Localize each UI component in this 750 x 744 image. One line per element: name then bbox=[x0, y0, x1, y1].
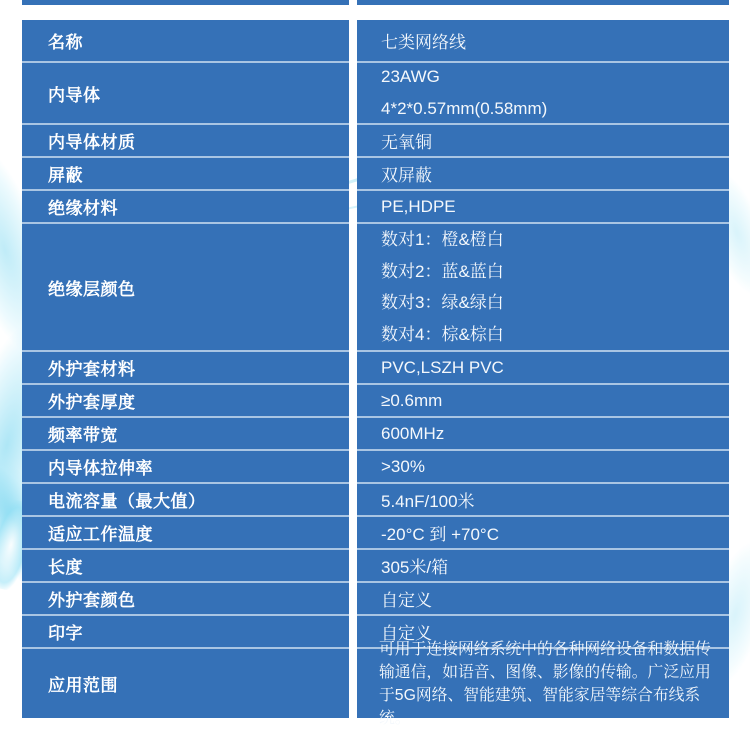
table-row: 频率带宽 600MHz bbox=[22, 418, 729, 451]
previous-row-fragment-right bbox=[357, 0, 729, 5]
spec-label: 外护套厚度 bbox=[48, 388, 349, 413]
spec-value: PVC,LSZH PVC bbox=[381, 358, 721, 378]
spec-value: ≥0.6mm bbox=[381, 391, 721, 411]
spec-label: 电流容量（最大值） bbox=[48, 487, 349, 512]
table-row: 绝缘材料 PE,HDPE bbox=[22, 191, 729, 224]
spec-value: 数对2：蓝&蓝白 bbox=[381, 256, 721, 288]
spec-value-cell: 5.4nF/100米 bbox=[357, 484, 729, 517]
table-row: 长度 305米/箱 bbox=[22, 550, 729, 583]
spec-value: 5.4nF/100米 bbox=[381, 487, 721, 512]
table-row: 名称 七类网络线 bbox=[22, 20, 729, 63]
spec-value: PE,HDPE bbox=[381, 197, 721, 217]
spec-label: 频率带宽 bbox=[48, 421, 349, 446]
spec-value: 600MHz bbox=[381, 424, 721, 444]
product-spec-page: 名称 七类网络线 内导体 23AWG 4*2*0.57mm(0.58mm) 内导… bbox=[0, 0, 750, 744]
table-row: 外护套颜色 自定义 bbox=[22, 583, 729, 616]
spec-value: 数对4：棕&棕白 bbox=[381, 319, 721, 351]
spec-value: 七类网络线 bbox=[381, 28, 721, 53]
table-row: 绝缘层颜色 数对1：橙&橙白 数对2：蓝&蓝白 数对3：绿&绿白 数对4：棕&棕… bbox=[22, 224, 729, 352]
spec-label-cell: 绝缘材料 bbox=[22, 191, 349, 224]
spec-label: 外护套材料 bbox=[48, 355, 349, 380]
spec-value: 4*2*0.57mm(0.58mm) bbox=[381, 93, 721, 125]
spec-label: 内导体 bbox=[48, 81, 349, 106]
spec-label-cell: 绝缘层颜色 bbox=[22, 224, 349, 352]
spec-value-cell: 600MHz bbox=[357, 418, 729, 451]
spec-label-cell: 外护套厚度 bbox=[22, 385, 349, 418]
spec-label-cell: 频率带宽 bbox=[22, 418, 349, 451]
spec-label-cell: 电流容量（最大值） bbox=[22, 484, 349, 517]
spec-value-cell: 可用于连接网络系统中的各种网络设备和数据传输通信，如语音、图像、影像的传输。广泛… bbox=[357, 649, 729, 718]
table-row: 内导体 23AWG 4*2*0.57mm(0.58mm) bbox=[22, 63, 729, 125]
spec-value: -20°C 到 +70°C bbox=[381, 520, 721, 545]
previous-row-fragment-left bbox=[22, 0, 349, 5]
spec-value-cell: 七类网络线 bbox=[357, 20, 729, 63]
spec-value: 数对1：橙&橙白 bbox=[381, 224, 721, 256]
spec-label-cell: 内导体材质 bbox=[22, 125, 349, 158]
spec-label: 外护套颜色 bbox=[48, 586, 349, 611]
table-row: 内导体拉伸率 >30% bbox=[22, 451, 729, 484]
spec-label-cell: 内导体 bbox=[22, 63, 349, 125]
spec-value: 可用于连接网络系统中的各种网络设备和数据传输通信，如语音、图像、影像的传输。广泛… bbox=[379, 638, 725, 730]
spec-value-cell: PE,HDPE bbox=[357, 191, 729, 224]
spec-value: 双屏蔽 bbox=[381, 161, 721, 186]
spec-label: 屏蔽 bbox=[48, 161, 349, 186]
spec-value-cell: 305米/箱 bbox=[357, 550, 729, 583]
spec-label-cell: 内导体拉伸率 bbox=[22, 451, 349, 484]
spec-value-cell: 数对1：橙&橙白 数对2：蓝&蓝白 数对3：绿&绿白 数对4：棕&棕白 bbox=[357, 224, 729, 352]
spec-label: 适应工作温度 bbox=[48, 520, 349, 545]
table-row: 屏蔽 双屏蔽 bbox=[22, 158, 729, 191]
spec-label-cell: 屏蔽 bbox=[22, 158, 349, 191]
table-row: 外护套材料 PVC,LSZH PVC bbox=[22, 352, 729, 385]
spec-value-cell: -20°C 到 +70°C bbox=[357, 517, 729, 550]
table-row: 应用范围 可用于连接网络系统中的各种网络设备和数据传输通信，如语音、图像、影像的… bbox=[22, 649, 729, 718]
spec-label: 绝缘材料 bbox=[48, 194, 349, 219]
previous-row-fragment bbox=[22, 0, 729, 5]
spec-value-cell: PVC,LSZH PVC bbox=[357, 352, 729, 385]
spec-value-cell: 自定义 bbox=[357, 583, 729, 616]
spec-label-cell: 名称 bbox=[22, 20, 349, 63]
table-row: 外护套厚度 ≥0.6mm bbox=[22, 385, 729, 418]
spec-value-cell: >30% bbox=[357, 451, 729, 484]
spec-value: 305米/箱 bbox=[381, 553, 721, 578]
spec-value-cell: 双屏蔽 bbox=[357, 158, 729, 191]
spec-label-cell: 外护套颜色 bbox=[22, 583, 349, 616]
spec-value-cell: ≥0.6mm bbox=[357, 385, 729, 418]
spec-label: 印字 bbox=[48, 619, 349, 644]
spec-value-cell: 23AWG 4*2*0.57mm(0.58mm) bbox=[357, 63, 729, 125]
spec-value: >30% bbox=[381, 457, 721, 477]
spec-label: 内导体拉伸率 bbox=[48, 454, 349, 479]
spec-label: 内导体材质 bbox=[48, 128, 349, 153]
spec-label-cell: 印字 bbox=[22, 616, 349, 649]
spec-label: 长度 bbox=[48, 553, 349, 578]
spec-label-cell: 应用范围 bbox=[22, 649, 349, 718]
table-row: 适应工作温度 -20°C 到 +70°C bbox=[22, 517, 729, 550]
spec-label: 绝缘层颜色 bbox=[48, 275, 349, 300]
spec-value-cell: 无氧铜 bbox=[357, 125, 729, 158]
spec-label-cell: 适应工作温度 bbox=[22, 517, 349, 550]
table-row: 电流容量（最大值） 5.4nF/100米 bbox=[22, 484, 729, 517]
table-row: 内导体材质 无氧铜 bbox=[22, 125, 729, 158]
spec-label: 应用范围 bbox=[48, 671, 349, 696]
spec-value: 数对3：绿&绿白 bbox=[381, 287, 721, 319]
spec-value: 23AWG bbox=[381, 61, 721, 93]
spec-label-cell: 长度 bbox=[22, 550, 349, 583]
spec-table: 名称 七类网络线 内导体 23AWG 4*2*0.57mm(0.58mm) 内导… bbox=[22, 20, 729, 718]
spec-label: 名称 bbox=[48, 28, 349, 53]
spec-value: 自定义 bbox=[381, 586, 721, 611]
spec-value: 无氧铜 bbox=[381, 128, 721, 153]
spec-label-cell: 外护套材料 bbox=[22, 352, 349, 385]
